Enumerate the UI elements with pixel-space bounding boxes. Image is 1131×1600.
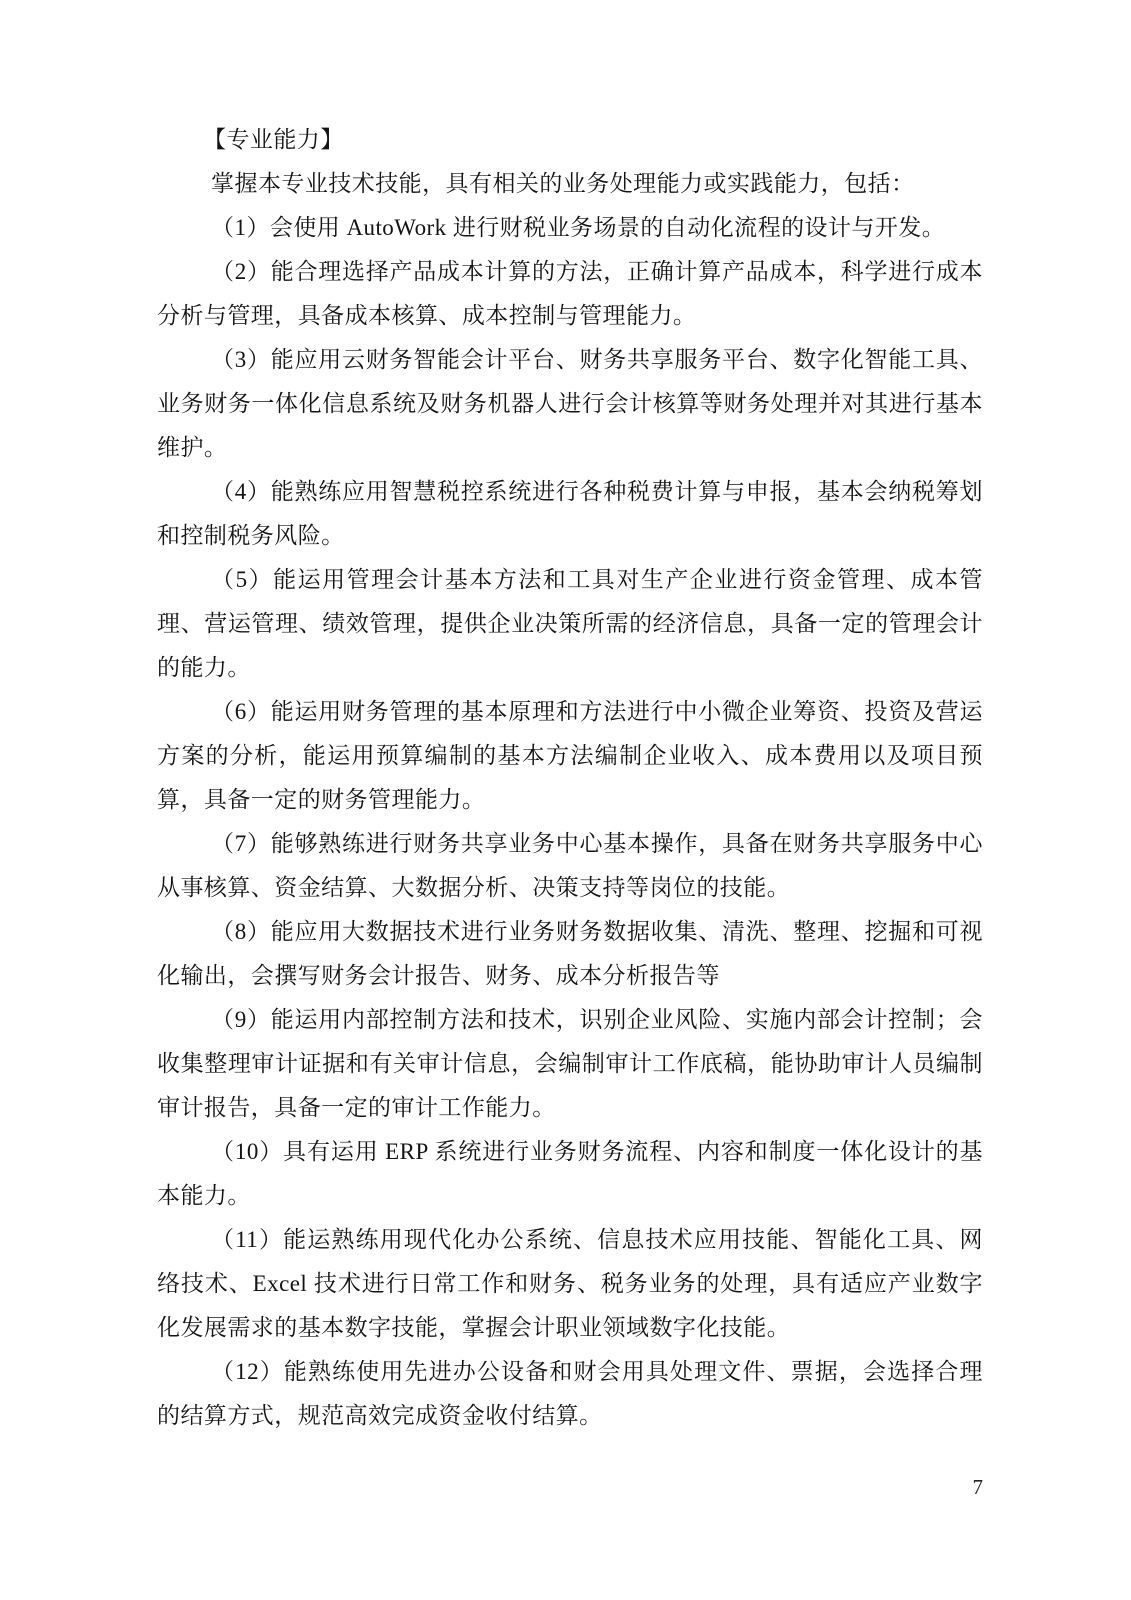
paragraph-item-8: （8）能应用大数据技术进行业务财务数据收集、清洗、整理、挖掘和可视化输出，会撰写… — [157, 910, 983, 998]
paragraph-item-9: （9）能运用内部控制方法和技术，识别企业风险、实施内部会计控制；会收集整理审计证… — [157, 998, 983, 1130]
paragraph-item-12: （12）能熟练使用先进办公设备和财会用具处理文件、票据，会选择合理的结算方式，规… — [157, 1350, 983, 1438]
paragraph-intro: 掌握本专业技术技能，具有相关的业务处理能力或实践能力，包括： — [157, 162, 983, 206]
paragraph-item-6: （6）能运用财务管理的基本原理和方法进行中小微企业筹资、投资及营运方案的分析，能… — [157, 690, 983, 822]
paragraph-container: 掌握本专业技术技能，具有相关的业务处理能力或实践能力，包括：（1）会使用 Aut… — [157, 162, 983, 1438]
paragraph-item-1: （1）会使用 AutoWork 进行财税业务场景的自动化流程的设计与开发。 — [157, 206, 983, 250]
paragraph-item-4: （4）能熟练应用智慧税控系统进行各种税费计算与申报，基本会纳税筹划和控制税务风险… — [157, 470, 983, 558]
paragraph-item-5: （5）能运用管理会计基本方法和工具对生产企业进行资金管理、成本管理、营运管理、绩… — [157, 558, 983, 690]
paragraph-item-10: （10）具有运用 ERP 系统进行业务财务流程、内容和制度一体化设计的基本能力。 — [157, 1130, 983, 1218]
page-body-text: 【专业能力】 掌握本专业技术技能，具有相关的业务处理能力或实践能力，包括：（1）… — [157, 118, 983, 1438]
paragraph-item-7: （7）能够熟练进行财务共享业务中心基本操作，具备在财务共享服务中心从事核算、资金… — [157, 822, 983, 910]
section-title: 【专业能力】 — [157, 118, 983, 162]
document-page: 【专业能力】 掌握本专业技术技能，具有相关的业务处理能力或实践能力，包括：（1）… — [0, 0, 1131, 1600]
paragraph-item-3: （3）能应用云财务智能会计平台、财务共享服务平台、数字化智能工具、业务财务一体化… — [157, 338, 983, 470]
paragraph-item-11: （11）能运熟练用现代化办公系统、信息技术应用技能、智能化工具、网络技术、Exc… — [157, 1218, 983, 1350]
page-number: 7 — [157, 1472, 983, 1502]
paragraph-item-2: （2）能合理选择产品成本计算的方法，正确计算产品成本，科学进行成本分析与管理，具… — [157, 250, 983, 338]
